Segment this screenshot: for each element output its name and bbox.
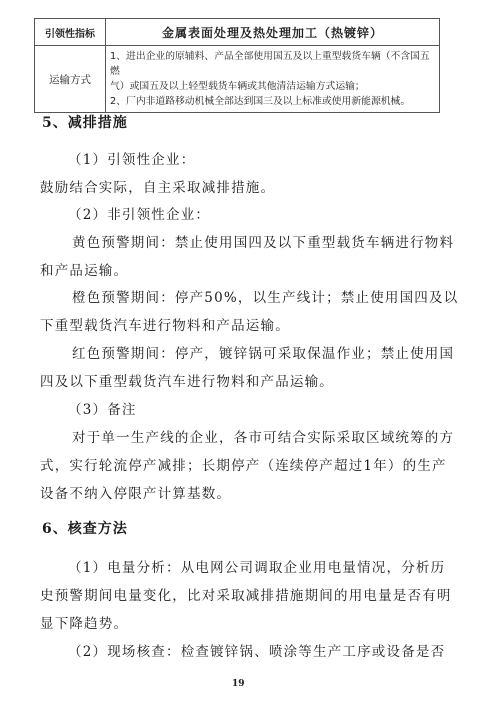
row-line: 气）或国五及以上轻型载货车辆或其他清洁运输方式运输； (110, 79, 435, 94)
paragraph: 式，实行轮流停产减排；长期停产（连续停产超过1年）的生产 (40, 454, 447, 474)
header-indicator: 引领性指标 (35, 19, 106, 46)
paragraph: （1）引领性企业： (68, 148, 195, 168)
row-label: 运输方式 (35, 46, 106, 113)
paragraph: 对于单一生产线的企业，各市可结合实际采取区域统筹的方 (72, 426, 454, 446)
paragraph: （3）备注 (68, 398, 137, 418)
table-header-row: 引领性指标 金属表面处理及热处理加工（热镀锌） (35, 19, 440, 46)
indicator-table: 引领性指标 金属表面处理及热处理加工（热镀锌） 运输方式 1、进出企业的原辅料、… (34, 18, 440, 113)
paragraph: （2）非引领性企业： (68, 203, 210, 223)
paragraph: （1）电量分析：从电网公司调取企业用电量情况，分析历 (68, 556, 445, 576)
paragraph: 黄色预警期间：禁止使用国四及以下重型载货车辆进行物料 (72, 231, 454, 251)
row-content: 1、进出企业的原辅料、产品全部使用国五及以上重型载货车辆（不含国五燃 气）或国五… (106, 46, 440, 113)
paragraph: 设备不纳入停限产计算基数。 (40, 482, 231, 502)
row-line: 1、进出企业的原辅料、产品全部使用国五及以上重型载货车辆（不含国五燃 (110, 49, 435, 79)
paragraph: （2）现场核查：检查镀锌锅、喷涂等生产工序或设备是否 (68, 640, 445, 660)
section-heading: 6、核查方法 (42, 518, 128, 538)
paragraph: 显下降趋势。 (40, 612, 128, 632)
paragraph: 红色预警期间：停产，镀锌锅可采取保温作业；禁止使用国 (72, 342, 454, 362)
header-industry: 金属表面处理及热处理加工（热镀锌） (106, 19, 440, 46)
section-heading: 5、减排措施 (42, 112, 128, 132)
paragraph: 史预警期间电量变化，比对采取减排措施期间的用电量是否有明 (40, 584, 452, 604)
row-line: 2、厂内非道路移动机械全部达到国三及以上标准或使用新能源机械。 (110, 94, 435, 109)
paragraph: 和产品运输。 (40, 259, 128, 279)
paragraph: 鼓励结合实际，自主采取减排措施。 (40, 176, 275, 196)
page-number: 19 (232, 679, 245, 689)
paragraph: 四及以下重型载货汽车进行物料和产品运输。 (40, 370, 334, 390)
paragraph: 橙色预警期间：停产50%，以生产线计；禁止使用国四及以 (72, 286, 458, 306)
paragraph: 下重型载货汽车进行物料和产品运输。 (40, 314, 290, 334)
table-row: 运输方式 1、进出企业的原辅料、产品全部使用国五及以上重型载货车辆（不含国五燃 … (35, 46, 440, 113)
